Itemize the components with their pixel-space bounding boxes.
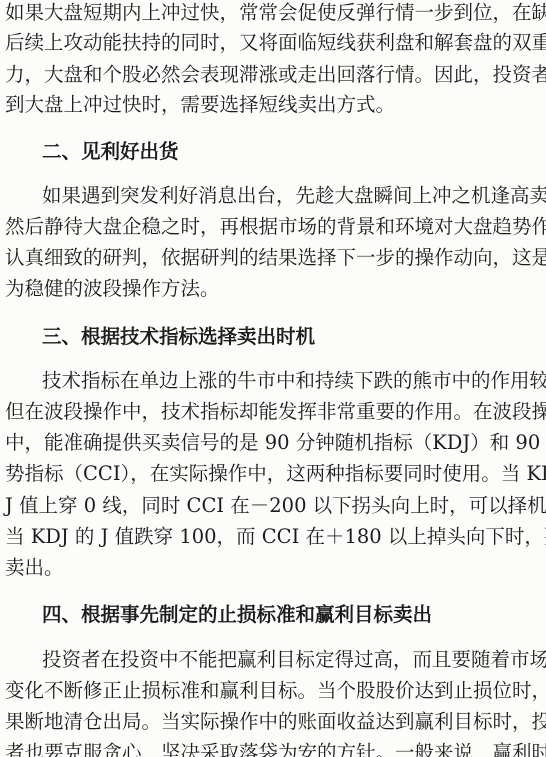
paragraph-2-line-4: 为稳健的波段操作方法。 bbox=[5, 277, 541, 301]
paragraph-3-line-6: 当 KDJ 的 J 值跌穿 100，而 CCI 在＋180 以上掉头向下时，要果… bbox=[5, 525, 541, 549]
paragraph-3-line-5: J 值上穿 0 线，同时 CCI 在－200 以下拐头向上时，可以择机买入； bbox=[5, 494, 541, 518]
paragraph-2-line-1: 如果遇到突发利好消息出台，先趁大盘瞬间上冲之机逢高卖出， bbox=[42, 184, 541, 208]
paragraph-1-line-3: 力，大盘和个股必然会表现滞涨或走出回落行情。因此，投资者遇 bbox=[5, 63, 541, 87]
paragraph-4-line-4: 者也要克服贪心，坚决采取落袋为安的方针。一般来说，赢利时对 bbox=[5, 741, 541, 757]
paragraph-3-line-4: 势指标（CCI），在实际操作中，这两种指标要同时使用。当 KDJ 的 bbox=[5, 462, 541, 486]
paragraph-1-line-2: 后续上攻动能扶持的同时，又将面临短线获利盘和解套盘的双重压 bbox=[5, 31, 541, 55]
section-heading-3: 三、根据技术指标选择卖出时机 bbox=[42, 325, 315, 349]
paragraph-3-line-2: 但在波段操作中，技术指标却能发挥非常重要的作用。在波段操作 bbox=[5, 400, 541, 424]
paragraph-4-line-1: 投资者在投资中不能把赢利目标定得过高，而且要随着市场的 bbox=[42, 648, 541, 672]
paragraph-1-line-4: 到大盘上冲过快时，需要选择短线卖出方式。 bbox=[5, 93, 541, 117]
paragraph-3-line-3: 中，能准确提供买卖信号的是 90 分钟随机指标（KDJ）和 90 分钟顺 bbox=[5, 431, 541, 455]
section-heading-4: 四、根据事先制定的止损标准和赢利目标卖出 bbox=[42, 603, 432, 627]
paragraph-4-line-2: 变化不断修正止损标准和赢利目标。当个股股价达到止损位时，要 bbox=[5, 679, 541, 703]
section-heading-2: 二、见利好出货 bbox=[42, 140, 179, 164]
paragraph-2-line-2: 然后静待大盘企稳之时，再根据市场的背景和环境对大盘趋势作出 bbox=[5, 215, 541, 239]
paragraph-3-line-7: 卖出。 bbox=[5, 556, 541, 580]
paragraph-4-line-3: 果断地清仓出局。当实际操作中的账面收益达到赢利目标时，投资 bbox=[5, 710, 541, 734]
paragraph-2-line-3: 认真细致的研判，依据研判的结果选择下一步的操作动向，这是较 bbox=[5, 246, 541, 270]
paragraph-1-line-1: 如果大盘短期内上冲过快，常常会促使反弹行情一步到位，在缺乏 bbox=[5, 1, 541, 25]
paragraph-3-line-1: 技术指标在单边上涨的牛市中和持续下跌的熊市中的作用较小， bbox=[42, 369, 541, 393]
